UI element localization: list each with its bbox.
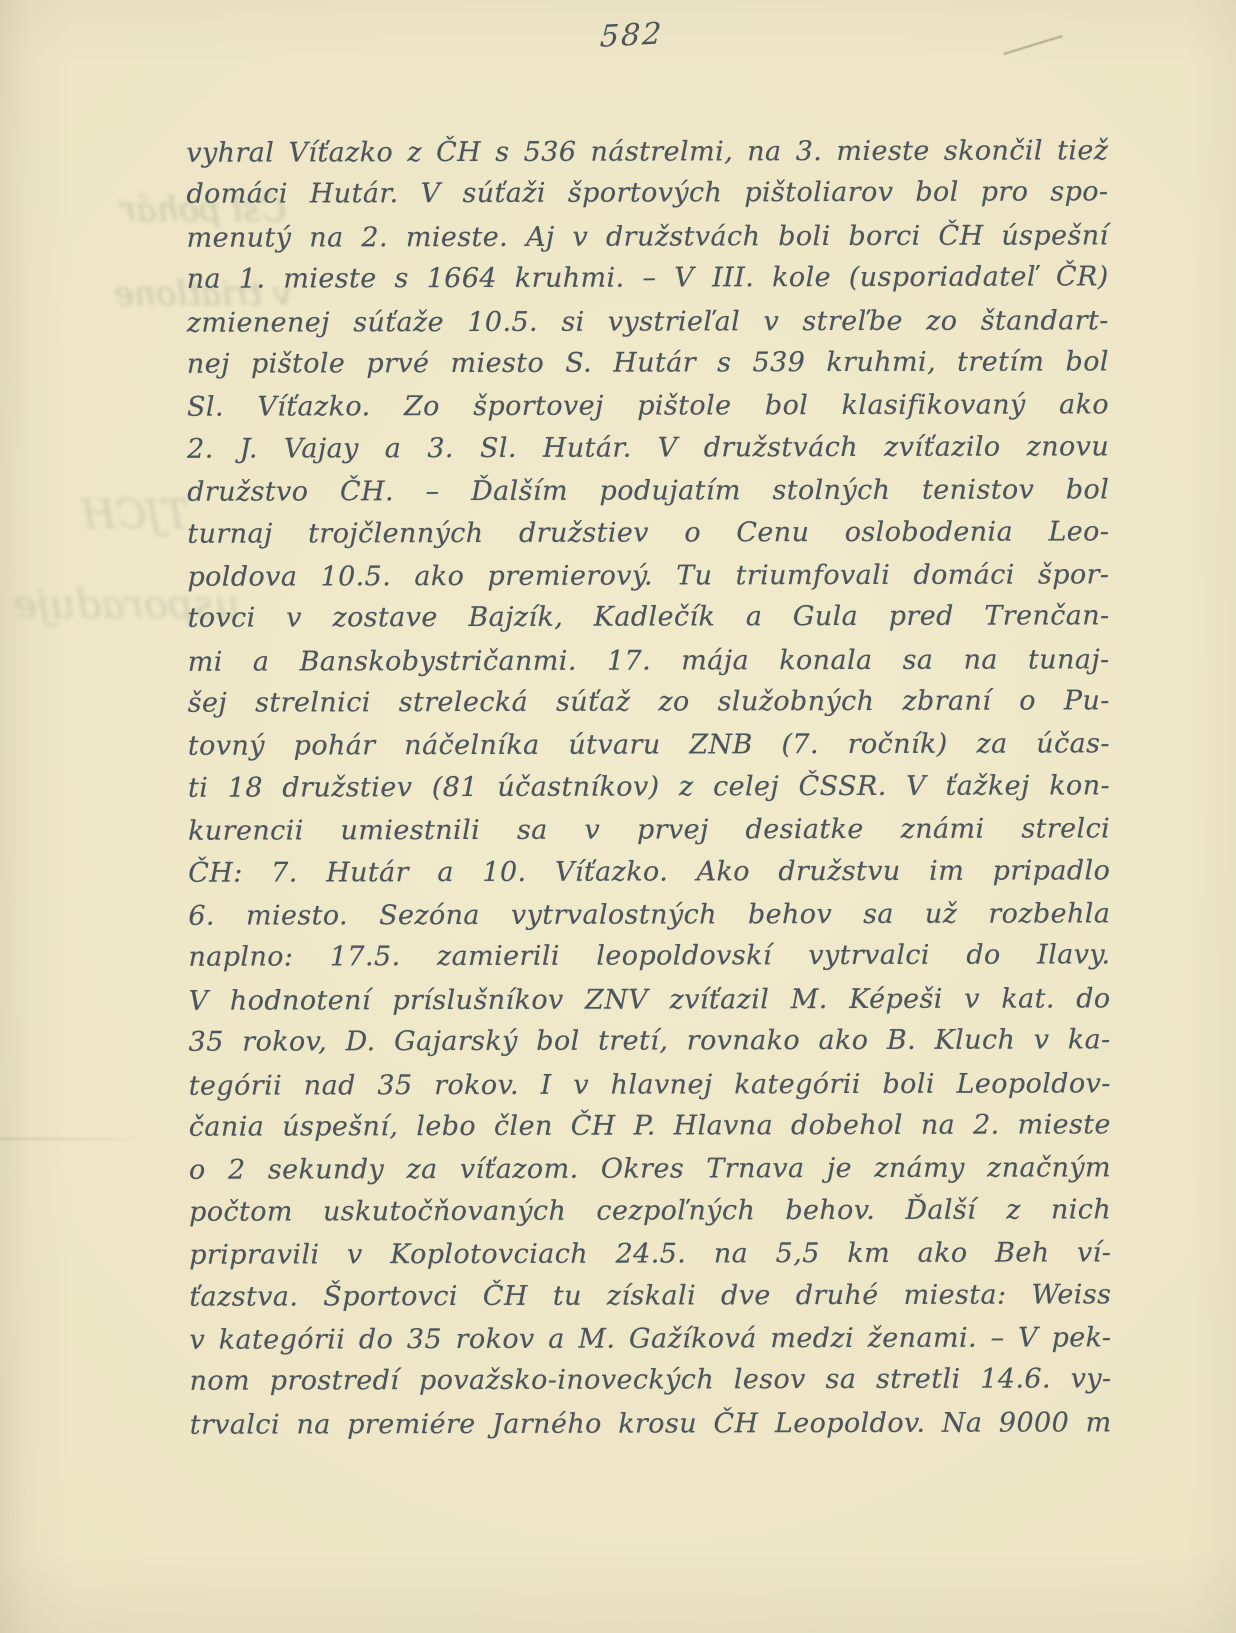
handwritten-line: čania úspešní, lebo člen ČH P. Hlavna do… [189, 1104, 1111, 1149]
manuscript-text: vyhral Víťazko z ČH s 536 nástrelmi, na … [186, 130, 1111, 1447]
handwritten-line: tovci v zostave Bajzík, Kadlečík a Gula … [188, 596, 1110, 641]
handwritten-line: turnaj trojčlenných družstiev o Cenu osl… [187, 511, 1109, 556]
manuscript-page: Čsl pohárv triatlone TJCHusporaduje 582 … [0, 0, 1236, 1633]
handwritten-line: tovný pohár náčelníka útvaru ZNB (7. roč… [188, 724, 1110, 769]
handwritten-line: 2. J. Vajay a 3. Sl. Hutár. V družstvách… [187, 426, 1109, 471]
handwritten-line: družstvo ČH. – Ďalším podujatím stolných… [187, 469, 1109, 514]
handwritten-line: Sl. Víťazko. Zo športovej pištole bol kl… [187, 385, 1109, 430]
paper-crease [0, 1138, 150, 1140]
handwritten-line: 35 rokov, D. Gajarský bol tretí, rovnako… [189, 1019, 1111, 1064]
handwritten-line: šej strelnici strelecká súťaž zo služobn… [188, 680, 1110, 725]
handwritten-line: tegórii nad 35 rokov. I v hlavnej kategó… [189, 1063, 1111, 1108]
handwritten-line: kurencii umiestnili sa v prvej desiatke … [188, 809, 1110, 854]
handwritten-line: pripravili v Koplotovciach 24.5. na 5,5 … [189, 1232, 1111, 1277]
handwritten-line: domáci Hutár. V súťaži športových pištol… [186, 172, 1108, 217]
handwritten-line: 6. miesto. Sezóna vytrvalostných behov s… [188, 893, 1110, 938]
handwritten-line: ČH: 7. Hutár a 10. Víťazko. Ako družstvu… [188, 850, 1110, 895]
handwritten-line: nom prostredí považsko-inoveckých lesov … [189, 1359, 1111, 1404]
handwritten-line: zmienenej súťaže 10.5. si vystrieľal v s… [187, 300, 1109, 345]
handwritten-line: vyhral Víťazko z ČH s 536 nástrelmi, na … [186, 130, 1108, 175]
handwritten-line: naplno: 17.5. zamierili leopoldovskí vyt… [188, 935, 1110, 980]
handwritten-line: ti 18 družstiev (81 účastníkov) z celej … [188, 765, 1110, 810]
handwritten-line: nej pištole prvé miesto S. Hutár s 539 k… [187, 341, 1109, 386]
handwritten-line: počtom uskutočňovaných cezpoľných behov.… [189, 1189, 1111, 1234]
handwritten-line: V hodnotení príslušníkov ZNV zvíťazil M.… [189, 978, 1111, 1023]
handwritten-line: o 2 sekundy za víťazom. Okres Trnava je … [189, 1148, 1111, 1193]
handwritten-line: mi a Banskobystričanmi. 17. mája konala … [188, 639, 1110, 684]
handwritten-line: na 1. mieste s 1664 kruhmi. – V III. kol… [187, 256, 1109, 301]
handwritten-line: poldova 10.5. ako premierový. Tu triumfo… [187, 554, 1109, 599]
page-number: 582 [599, 16, 664, 54]
handwritten-line: v kategórii do 35 rokov a M. Gažíková me… [189, 1317, 1111, 1362]
handwritten-line: menutý na 2. mieste. Aj v družstvách bol… [187, 215, 1109, 260]
pencil-mark [1003, 35, 1063, 55]
handwritten-line: ťazstva. Športovci ČH tu získali dve dru… [189, 1274, 1111, 1319]
handwritten-line: trvalci na premiére Jarného krosu ČH Leo… [190, 1402, 1112, 1447]
